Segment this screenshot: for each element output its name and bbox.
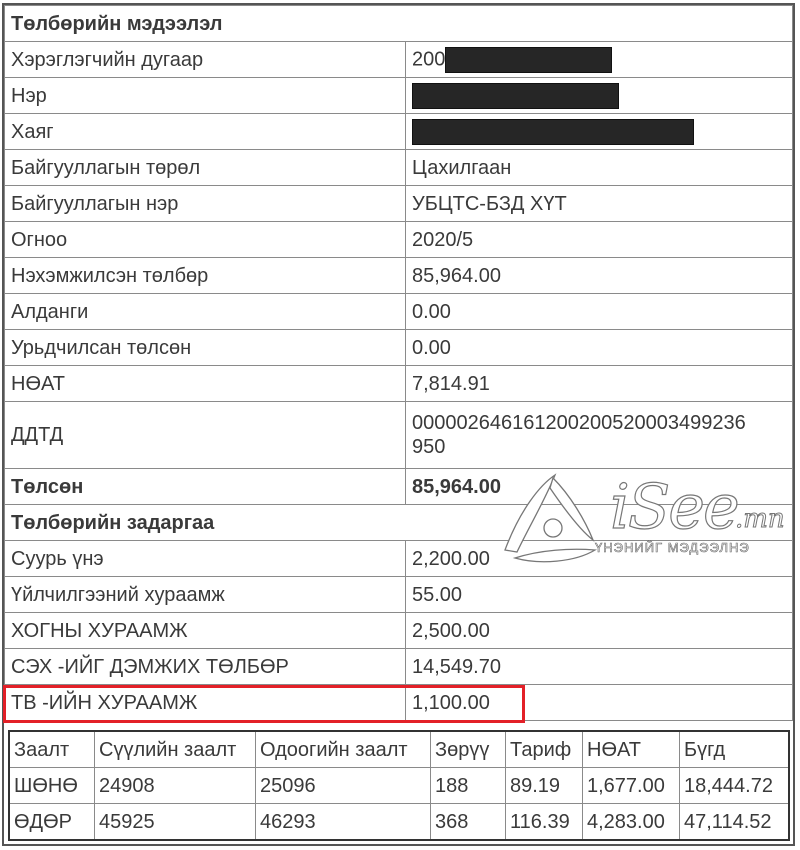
date-label: Огноо: [5, 222, 406, 258]
section-header-breakdown: Төлбөрийн задаргаа: [5, 505, 793, 541]
prepaid-label: Урьдчилсан төлсөн: [5, 330, 406, 366]
table-row: Алданги 0.00: [5, 294, 793, 330]
table-row: Төлсөн 85,964.00: [5, 469, 793, 505]
table-row: Огноо 2020/5: [5, 222, 793, 258]
table-row: Урьдчилсан төлсөн 0.00: [5, 330, 793, 366]
col-header-difference: Зөрүү: [431, 731, 506, 768]
table-row: Хаяг: [5, 114, 793, 150]
col-header-tariff: Тариф: [506, 731, 583, 768]
table-row: ХОГНЫ ХУРААМЖ 2,500.00: [5, 613, 793, 649]
table-row: ТВ -ИЙН ХУРААМЖ 1,100.00: [5, 685, 793, 721]
ddtd-value-line1: 000002646161200200520003499236: [412, 411, 786, 435]
cell: 4,283.00: [583, 804, 680, 841]
col-header-reading: Заалт: [9, 731, 95, 768]
waste-fee-value: 2,500.00: [406, 613, 793, 649]
payment-info-title: Төлбөрийн мэдээлэл: [5, 6, 793, 42]
invoiced-amount-label: Нэхэмжилсэн төлбөр: [5, 258, 406, 294]
col-header-vat: НӨАТ: [583, 731, 680, 768]
col-header-previous: Сүүлийн заалт: [95, 731, 256, 768]
breakdown-title: Төлбөрийн задаргаа: [5, 505, 793, 541]
base-price-value: 2,200.00: [406, 541, 793, 577]
penalty-value: 0.00: [406, 294, 793, 330]
cell: 1,677.00: [583, 768, 680, 804]
customer-number-label: Хэрэглэгчийн дугаар: [5, 42, 406, 78]
address-label: Хаяг: [5, 114, 406, 150]
org-type-label: Байгууллагын төрөл: [5, 150, 406, 186]
cell: 368: [431, 804, 506, 841]
org-type-value: Цахилгаан: [406, 150, 793, 186]
waste-fee-label: ХОГНЫ ХУРААМЖ: [5, 613, 406, 649]
renewable-support-label: СЭХ -ИЙГ ДЭМЖИХ ТӨЛБӨР: [5, 649, 406, 685]
renewable-support-value: 14,549.70: [406, 649, 793, 685]
cell: 46293: [256, 804, 431, 841]
date-value: 2020/5: [406, 222, 793, 258]
name-label: Нэр: [5, 78, 406, 114]
table-row: Суурь үнэ 2,200.00: [5, 541, 793, 577]
org-name-value: УБЦТС-БЗД ХҮТ: [406, 186, 793, 222]
payment-info-table: Төлбөрийн мэдээлэл Хэрэглэгчийн дугаар 2…: [4, 5, 793, 721]
redaction-bar: [412, 83, 619, 109]
table-row: Үйлчилгээний хураамж 55.00: [5, 577, 793, 613]
table-row: Нэр: [5, 78, 793, 114]
section-header-payment-info: Төлбөрийн мэдээлэл: [5, 6, 793, 42]
cell: 47,114.52: [680, 804, 790, 841]
invoiced-amount-value: 85,964.00: [406, 258, 793, 294]
cell: 116.39: [506, 804, 583, 841]
ddtd-label: ДДТД: [5, 402, 406, 469]
table-row: ШӨНӨ 24908 25096 188 89.19 1,677.00 18,4…: [9, 768, 789, 804]
redaction-bar: [412, 119, 694, 145]
table-row: ДДТД 000002646161200200520003499236950: [5, 402, 793, 469]
table-row: Нэхэмжилсэн төлбөр 85,964.00: [5, 258, 793, 294]
table-row: Байгууллагын төрөл Цахилгаан: [5, 150, 793, 186]
cell: 18,444.72: [680, 768, 790, 804]
table-row: НӨАТ 7,814.91: [5, 366, 793, 402]
service-fee-label: Үйлчилгээний хураамж: [5, 577, 406, 613]
penalty-label: Алданги: [5, 294, 406, 330]
table-row: Байгууллагын нэр УБЦТС-БЗД ХҮТ: [5, 186, 793, 222]
org-name-label: Байгууллагын нэр: [5, 186, 406, 222]
tv-fee-value: 1,100.00: [406, 685, 793, 721]
base-price-label: Суурь үнэ: [5, 541, 406, 577]
cell: 188: [431, 768, 506, 804]
paid-value: 85,964.00: [406, 469, 793, 505]
table-row: ӨДӨР 45925 46293 368 116.39 4,283.00 47,…: [9, 804, 789, 841]
meter-reading-table: Заалт Сүүлийн заалт Одоогийн заалт Зөрүү…: [8, 730, 790, 841]
cell: 89.19: [506, 768, 583, 804]
table-row: СЭХ -ИЙГ ДЭМЖИХ ТӨЛБӨР 14,549.70: [5, 649, 793, 685]
meter-table-header: Заалт Сүүлийн заалт Одоогийн заалт Зөрүү…: [9, 731, 789, 768]
cell: 45925: [95, 804, 256, 841]
cell: 25096: [256, 768, 431, 804]
tv-fee-label: ТВ -ИЙН ХУРААМЖ: [5, 685, 406, 721]
table-row: Хэрэглэгчийн дугаар 200: [5, 42, 793, 78]
prepaid-value: 0.00: [406, 330, 793, 366]
service-fee-value: 55.00: [406, 577, 793, 613]
vat-value: 7,814.91: [406, 366, 793, 402]
customer-number-value: 200: [412, 48, 445, 70]
col-header-total: Бүгд: [680, 731, 790, 768]
paid-label: Төлсөн: [5, 469, 406, 505]
cell: ӨДӨР: [9, 804, 95, 841]
col-header-current: Одоогийн заалт: [256, 731, 431, 768]
redaction-bar: [445, 47, 612, 73]
ddtd-value-line2: 950: [412, 435, 786, 459]
cell: 24908: [95, 768, 256, 804]
vat-label: НӨАТ: [5, 366, 406, 402]
cell: ШӨНӨ: [9, 768, 95, 804]
